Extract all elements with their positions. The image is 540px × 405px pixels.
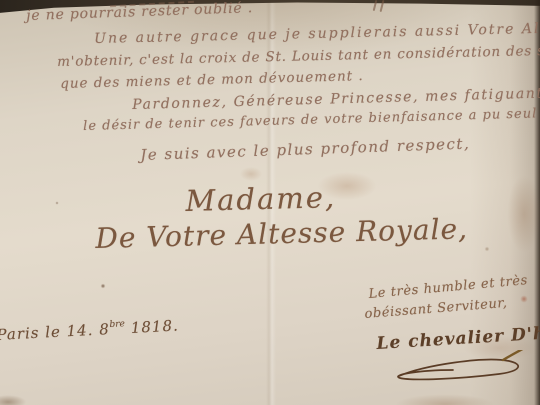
dateline-superscript: bre: [109, 319, 125, 330]
manuscript-photo: je ne pourrais rester oublié . Une autre…: [0, 0, 540, 405]
letter-line-4: que des miens et de mon dévouement .: [60, 68, 364, 92]
salutation: Madame,: [185, 180, 337, 218]
signature-paraph: [385, 350, 533, 394]
letter-line-2: Une autre grace que je supplierais aussi…: [94, 19, 540, 47]
dateline-prefix: Paris le 14. 8: [0, 320, 110, 344]
dateline: Paris le 14. 8bre 1818.: [0, 316, 179, 344]
dateline-suffix: 1818.: [125, 316, 180, 337]
letter-line-7: Je suis avec le plus profond respect,: [140, 134, 470, 164]
address-line: De Votre Altesse Royale,: [95, 212, 468, 255]
